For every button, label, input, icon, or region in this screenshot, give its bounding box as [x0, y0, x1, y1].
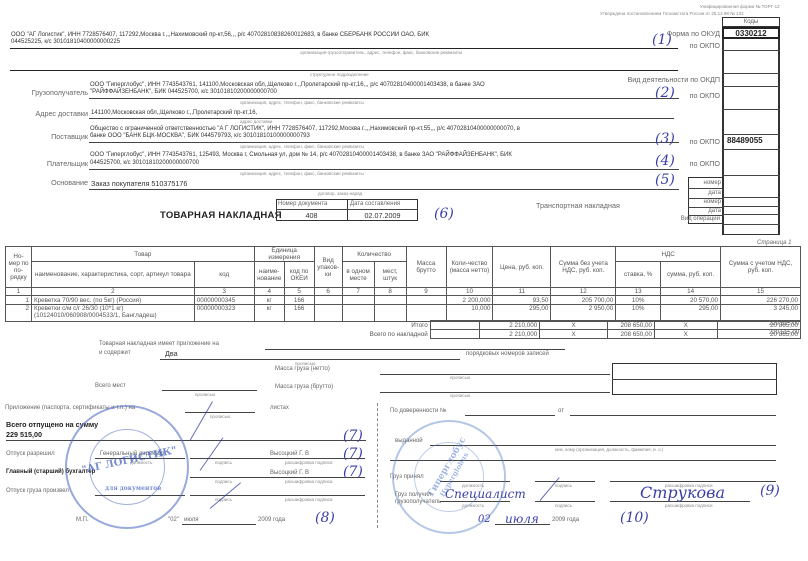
- received-sign-caption: подпись: [555, 503, 572, 508]
- accountant-name: Высоцкий Г. В: [270, 470, 309, 476]
- cell-name: Креветки с/м с/г 26/30 (10*1 кг) (101240…: [31, 305, 194, 322]
- transport-date-label: дата: [688, 208, 721, 214]
- vsego-label: Всего по накладной: [365, 330, 430, 339]
- goods-table: Но-мер по по-рядку Товар Единица измерен…: [5, 246, 801, 322]
- supplier-label: Поставщик: [0, 132, 88, 141]
- annotation-2: (2): [655, 85, 675, 101]
- column-number: 15: [721, 288, 801, 296]
- column-numbers-row: 123456789101112131415: [6, 288, 801, 296]
- cell-sum: 205 700,00: [551, 296, 616, 305]
- annotation-7c: (7): [343, 464, 363, 480]
- totals-table: Итого 2 210,000 X 208 650,00 X 20 865,00…: [365, 320, 801, 339]
- vsego-net: 2 210,000: [479, 330, 539, 339]
- shipper-line2: 044525225, к/с 30101810400000000225: [11, 39, 120, 45]
- supplier-caption: организация, адрес, телефон, факс, банко…: [240, 144, 364, 149]
- codes-column: [722, 27, 780, 235]
- cell-vat: 20 570,00: [661, 296, 721, 305]
- column-number: 12: [551, 288, 616, 296]
- cell-vat: 295,00: [661, 305, 721, 322]
- transport-number-label: номер: [688, 199, 721, 205]
- director-signature: [190, 401, 213, 440]
- cell-gross: [406, 296, 446, 305]
- supplier-line2: банке ООО "БАНК БЦК-МОСКВА", БИК 0445797…: [90, 133, 310, 139]
- annotation-10: (10): [620, 510, 649, 526]
- column-number: 1: [6, 288, 32, 296]
- consignee-stamp: Гиперглобус Hyperglobus: [392, 420, 506, 534]
- shipper-caption: организация-грузоотправитель, адрес, тел…: [300, 50, 462, 55]
- payer-caption: организация, адрес, телефон, факс, банко…: [240, 171, 364, 176]
- cell-code: 00000000323: [194, 305, 254, 322]
- th-gross: Масса брутто: [406, 247, 446, 288]
- cell-total: 226 270,00: [721, 296, 801, 305]
- payer-line1: ООО "Гиперглобус", ИНН 7743543761, 12549…: [90, 152, 512, 158]
- accountant-signature: [200, 437, 224, 470]
- transport-label: Транспортная накладная: [536, 201, 620, 210]
- column-number: 2: [31, 288, 194, 296]
- annotation-3: (3): [655, 131, 675, 147]
- cell-unit: кг: [254, 305, 284, 322]
- vsego-sum: 208 650,00: [608, 330, 655, 339]
- annotation-5: (5): [655, 172, 675, 188]
- delivery-label: Адрес доставки: [0, 109, 88, 118]
- consignee-caption: организация, адрес, телефон, факс, банко…: [240, 100, 364, 105]
- th-qty-places: мест, штук: [374, 262, 406, 288]
- gross-mass-caption: прописью: [450, 393, 470, 398]
- cell-price: 295,00: [493, 305, 551, 322]
- document-title: ТОВАРНАЯ НАКЛАДНАЯ: [160, 210, 282, 221]
- docs-caption: прописью: [210, 414, 230, 419]
- shipper-line1: ООО "АГ Логистик", ИНН 7728576407, 11729…: [11, 32, 429, 38]
- th-goods-code: код: [194, 262, 254, 288]
- th-price: Цена, руб. коп.: [493, 247, 551, 288]
- th-total: Сумма с учетом НДС, руб. коп.: [721, 247, 801, 288]
- codes-header: Коды: [723, 18, 779, 27]
- annotation-1: (1): [652, 32, 672, 48]
- annotation-9: (9): [760, 483, 780, 499]
- cell-total: 3 245,00: [721, 305, 801, 322]
- itogo-rate: X: [654, 321, 717, 330]
- cell-net: 2 200,000: [446, 296, 493, 305]
- accountant-decode-caption: расшифровка подписи: [285, 479, 332, 484]
- division-caption: структурное подразделение: [310, 72, 369, 77]
- contains-label: и содержит: [99, 350, 131, 356]
- issued-caption: кем, кому (организация, должность, фамил…: [555, 447, 663, 452]
- places-caption: прописью: [195, 392, 215, 397]
- release-date-month: июля: [184, 517, 198, 523]
- itogo-label: Итого: [365, 321, 430, 330]
- vsego-total: 229 515,00: [737, 330, 799, 336]
- sheets-label: листах: [270, 405, 289, 411]
- consignee-line2: "РАЙФФАЙЗЕНБАНК", БИК 044525700, к/с 301…: [90, 89, 277, 95]
- th-unit: Единица измерения: [254, 247, 314, 262]
- receiver-date-month: июля: [505, 512, 539, 526]
- cell-num: 2: [6, 305, 32, 322]
- shipper-stamp-subtext: для документов: [105, 485, 161, 492]
- released-sum-value: 229 515,00: [6, 430, 42, 439]
- approved-by-label: Утверждена постановлением Госкомстата Ро…: [600, 11, 744, 16]
- contains-value: Два: [165, 349, 178, 358]
- th-qty: Количество: [342, 247, 406, 262]
- th-vat-rate: ставка, %: [616, 262, 661, 288]
- cell-okei: 166: [284, 296, 314, 305]
- receiver-name-handwritten: Струкова: [640, 483, 725, 502]
- payer-label: Плательщик: [0, 159, 88, 168]
- basis-number-label: номер: [688, 180, 721, 186]
- codes-header-box: Коды: [722, 17, 780, 27]
- column-number: 7: [342, 288, 374, 296]
- net-mass-caption: прописью: [450, 375, 470, 380]
- proxy-from-label: от: [558, 408, 564, 414]
- cell-gross: [406, 305, 446, 322]
- itogo-sum: 208 650,00: [608, 321, 655, 330]
- okud-code-box: 0330212: [722, 27, 780, 39]
- okud-code: 0330212: [724, 29, 778, 38]
- director-sign-caption: подпись: [215, 460, 232, 465]
- th-qty-one: в одном месте: [342, 262, 374, 288]
- cell-okei: 166: [284, 305, 314, 322]
- cell-pack: [314, 305, 342, 322]
- cell-price: 93,50: [493, 296, 551, 305]
- accountant-sign-caption: подпись: [215, 479, 232, 484]
- itogo-price: X: [540, 321, 608, 330]
- th-goods: Товар: [31, 247, 254, 262]
- column-number: 10: [446, 288, 493, 296]
- delivery-address: 141100,Московская обл,,Щелково г.,,Проле…: [91, 110, 257, 116]
- annotation-8: (8): [315, 510, 335, 526]
- column-number: 8: [374, 288, 406, 296]
- vsego-rate: X: [654, 330, 717, 339]
- mp-label: М.П.: [76, 517, 89, 523]
- release-date-day: "02": [168, 517, 179, 523]
- operation-label: Вид операции: [600, 216, 720, 222]
- accepted-sign-caption: подпись: [555, 483, 572, 488]
- cell-sum: 2 950,00: [551, 305, 616, 322]
- document-number: 408: [276, 211, 347, 220]
- release-date-year: 2009 года: [258, 517, 285, 523]
- th-vat: НДС: [616, 247, 721, 262]
- basis-value: Заказ покупателя 510375176: [91, 179, 187, 188]
- cell-places: [374, 296, 406, 305]
- table-row: 2Креветки с/м с/г 26/30 (10*1 кг) (10124…: [6, 305, 801, 322]
- column-number: 6: [314, 288, 342, 296]
- cell-code: 00000000345: [194, 296, 254, 305]
- column-number: 13: [616, 288, 661, 296]
- places-label: Всего мест: [95, 383, 126, 389]
- vsego-row: Всего по накладной 2 210,000 X 208 650,0…: [365, 330, 801, 339]
- th-goods-name: наименование, характеристика, сорт, арти…: [31, 262, 194, 288]
- basis-date-label: дата: [688, 190, 721, 196]
- cell-places: [374, 305, 406, 322]
- supplier-okpo-code: 88489055: [727, 136, 763, 145]
- th-num: Но-мер по по-рядку: [6, 247, 32, 288]
- itogo-row: Итого 2 210,000 X 208 650,00 X 20 865,00: [365, 321, 801, 330]
- th-unit-name: наиме-нование: [254, 262, 284, 288]
- payer-line2: 044525700, к/с 30101810200000000700: [90, 160, 199, 166]
- shipper-stamp: "АГ ЛОГИСТИК" для документов: [65, 405, 189, 529]
- th-net: Коли-чество (масса нетто): [446, 247, 493, 288]
- annotation-7a: (7): [343, 428, 363, 444]
- document-number-header: Номер документа: [278, 201, 327, 207]
- cell-rate: 10%: [616, 296, 661, 305]
- th-sum: Сумма без учета НДС, руб. коп.: [551, 247, 616, 288]
- column-number: 14: [661, 288, 721, 296]
- attachment-label: Товарная накладная имеет приложение на: [99, 341, 219, 347]
- basis-caption: договор, заказ-наряд: [318, 191, 362, 196]
- column-number: 4: [254, 288, 284, 296]
- gross-mass-label: Масса груза (брутто): [275, 384, 333, 390]
- net-mass-label: Масса груза (нетто): [275, 366, 330, 372]
- proxy-label: По доверенности №: [390, 408, 446, 414]
- okdp-label: Вид деятельности по ОКДП: [560, 75, 720, 84]
- delivery-caption: адрес доставки: [240, 119, 272, 124]
- unified-form-label: Унифицированная форма № ТОРГ-12: [700, 4, 780, 9]
- cell-rate: 10%: [616, 305, 661, 322]
- column-number: 5: [284, 288, 314, 296]
- release-allowed-label: Отпуск разрешил: [6, 451, 55, 457]
- released-by-label: Отпуск груза произвел: [6, 488, 69, 494]
- consignee-line1: ООО "Гиперглобус", ИНН 7743543761, 14110…: [90, 82, 485, 88]
- th-vat-sum: сумма, руб. коп.: [661, 262, 721, 288]
- annotation-6: (6): [434, 206, 454, 222]
- itogo-total: 229 515,00: [737, 321, 799, 327]
- document-date-header: Дата составления: [350, 201, 400, 207]
- vsego-price: X: [540, 330, 608, 339]
- cell-qty_one: [342, 296, 374, 305]
- released-decode-caption: расшифровка подписи: [285, 497, 332, 502]
- annotation-7b: (7): [343, 446, 363, 462]
- table-row: 1Креветка 70/90 вес. (по 5кг) (Россия)00…: [6, 296, 801, 305]
- column-number: 11: [493, 288, 551, 296]
- annotation-4: (4): [655, 153, 675, 169]
- director-name: Высоцкий Г. В: [270, 451, 309, 457]
- column-number: 3: [194, 288, 254, 296]
- itogo-net: 2 210,000: [479, 321, 539, 330]
- cell-num: 1: [6, 296, 32, 305]
- document-date: 02.07.2009: [347, 211, 418, 220]
- consignee-label: Грузополучатель: [0, 88, 88, 97]
- cell-unit: кг: [254, 296, 284, 305]
- th-unit-okei: код по ОКЕИ: [284, 262, 314, 288]
- records-label: порядковых номеров записей: [466, 351, 549, 357]
- received-decode-caption: расшифровка подписи: [665, 503, 712, 508]
- director-decode-caption: расшифровка подписи: [285, 460, 332, 465]
- th-pack: Вид упаков-ки: [314, 247, 342, 288]
- cell-pack: [314, 296, 342, 305]
- receiver-date-year: 2009 года: [552, 517, 579, 523]
- cell-net: 10,000: [446, 305, 493, 322]
- supplier-line1: Общество с ограниченной ответственностью…: [90, 126, 520, 132]
- column-number: 9: [406, 288, 446, 296]
- cell-name: Креветка 70/90 вес. (по 5кг) (Россия): [31, 296, 194, 305]
- basis-label: Основание: [0, 178, 88, 187]
- cell-qty_one: [342, 305, 374, 322]
